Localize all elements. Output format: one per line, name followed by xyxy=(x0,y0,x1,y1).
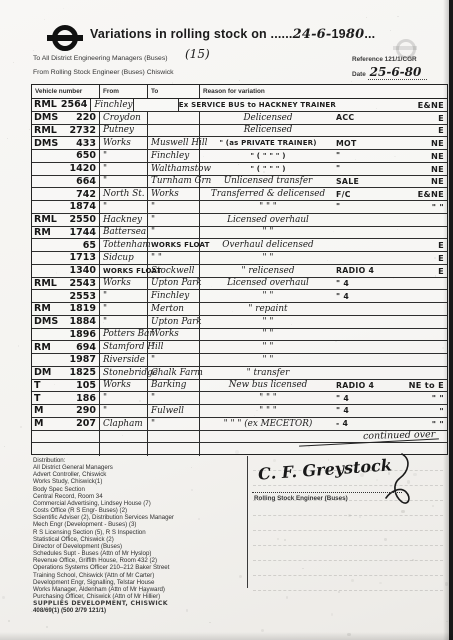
noise-speck xyxy=(284,539,287,542)
reason-text: " " " xyxy=(200,202,336,212)
page-number-annotation: (15) xyxy=(185,47,210,61)
vehicle-class-prefix: M xyxy=(34,405,43,416)
reason-annotation: " xyxy=(336,151,402,160)
reason-cell: " repaint xyxy=(200,303,447,315)
addressee-line: To All District Engineering Managers (Bu… xyxy=(33,55,167,62)
to-cell: " xyxy=(148,418,200,430)
reason-text: " transfer xyxy=(200,368,336,378)
table-header-row: Vehicle number From To Reason for variat… xyxy=(32,85,447,99)
ruling-line xyxy=(253,560,443,561)
date-value-handwritten: 25-6-80 xyxy=(368,65,428,80)
vehicle-number: 1987 xyxy=(70,354,96,365)
vehicle-number: 742 xyxy=(76,189,96,200)
table-row: 1987Riverside"" " xyxy=(32,354,447,367)
vehicle-number: 1874 xyxy=(70,201,96,212)
to-cell: WORKS FLOAT xyxy=(148,239,200,251)
vehicle-number: 1420 xyxy=(70,163,96,174)
noise-speck xyxy=(18,345,19,346)
table-row: T186""" " "" 4" " xyxy=(32,392,447,405)
vehicle-number-cell: 1874 xyxy=(32,201,100,213)
from-cell: " xyxy=(100,290,148,302)
noise-speck xyxy=(351,579,354,582)
table-row: RM694Stamford Hill"" " xyxy=(32,341,447,354)
reason-text: " " xyxy=(200,355,336,365)
reason-annotation: RADIO 4 xyxy=(336,381,402,390)
distribution-item: Revenue Office, Griffith House, Room 432… xyxy=(33,557,247,564)
vehicle-number: 1896 xyxy=(70,329,96,340)
date-line: Date 25-6-80 xyxy=(352,65,427,79)
column-header-from: From xyxy=(100,85,148,98)
signature-block: C. F. Greystock Rolling Stock Engineer (… xyxy=(250,456,450,516)
distribution-item: Schedules Supt - Buses (Attn of Mr Hyslo… xyxy=(33,550,247,557)
reason-text: " ( " " " ) xyxy=(200,165,336,173)
vehicle-number: 2550 xyxy=(70,214,96,225)
to-cell: " xyxy=(148,214,200,226)
vehicle-class-prefix: RM xyxy=(34,342,51,353)
title-year-handwritten: 80 xyxy=(346,27,365,42)
ruling-line xyxy=(253,575,443,576)
reason-cell: " " xyxy=(200,354,447,366)
noise-speck xyxy=(209,622,211,624)
from-cell: Sidcup xyxy=(100,252,148,264)
signature-handwritten: C. F. Greystock xyxy=(258,455,393,483)
vehicle-number-cell: T186 xyxy=(32,392,100,404)
from-cell: " xyxy=(100,150,148,162)
reason-annotation: " xyxy=(336,202,402,211)
to-cell xyxy=(148,443,200,456)
london-transport-roundel-icon xyxy=(47,25,83,49)
table-row: M207Clapham"" " " (ex MECETOR)- 4" " xyxy=(32,418,447,431)
vehicle-class-prefix: DMS xyxy=(34,112,58,123)
vehicle-number-cell: 1340 xyxy=(32,265,100,277)
noise-speck xyxy=(277,538,278,539)
reason-text: New bus licensed xyxy=(200,380,336,390)
table-row: DM1825StonebridgeChalk Farm" transfer xyxy=(32,367,447,380)
table-row: RM1819"Merton" repaint xyxy=(32,303,447,316)
vehicle-number-cell: 664 xyxy=(32,176,100,188)
vehicle-number: 220 xyxy=(76,112,96,123)
from-cell: Croydon xyxy=(100,112,148,124)
noise-speck xyxy=(4,446,5,447)
reason-cell: " " " (ex MECETOR)- 4" " xyxy=(200,418,447,430)
from-cell: Tottenham xyxy=(100,239,148,251)
reason-cell: " transfer xyxy=(200,367,447,379)
to-cell: " xyxy=(148,227,200,239)
reason-annotation: " 4 xyxy=(336,279,402,288)
vehicle-class-prefix: RM xyxy=(34,303,51,314)
status-code: NE xyxy=(402,164,447,174)
reason-cell: Licensed overhaul xyxy=(200,214,447,226)
vehicle-class-prefix: DMS xyxy=(34,316,58,327)
to-cell: " xyxy=(148,201,200,213)
to-cell: Turnham Grn xyxy=(148,176,200,188)
reason-cell: Licensed overhaul" 4 xyxy=(200,278,447,290)
distribution-item: Costs Office (R S Engr- Buses) (2) xyxy=(33,507,247,514)
distribution-item: Mech Engr (Development - Buses) (3) xyxy=(33,521,247,528)
from-cell: Hackney xyxy=(100,214,148,226)
faint-roundel-stamp-icon xyxy=(393,37,417,61)
to-cell: " " xyxy=(148,252,200,264)
reason-text: " (as PRIVATE TRAINER) xyxy=(200,139,336,147)
scan-bottom-shadow xyxy=(0,632,453,640)
vehicle-number: 1819 xyxy=(70,303,96,314)
distribution-item: Purchasing Officer, Chiswick (Attn of Mr… xyxy=(33,593,247,600)
reason-text: " ( " " " ) xyxy=(200,152,336,160)
from-cell: Riverside xyxy=(100,354,148,366)
to-cell xyxy=(134,99,179,111)
to-cell: Works xyxy=(148,188,200,200)
reason-cell: New bus licensedRADIO 4NE to E xyxy=(200,380,447,392)
reason-annotation: " xyxy=(336,164,402,173)
reason-cell: " " "" 4" xyxy=(200,405,447,417)
vehicle-number-cell: 650 xyxy=(32,150,100,162)
table-row: DMS1884"Upton Park" " xyxy=(32,316,447,329)
distribution-list: Distribution:All District General Manage… xyxy=(33,457,247,614)
noise-speck xyxy=(44,19,45,20)
from-cell: " xyxy=(100,303,148,315)
status-code: E xyxy=(402,113,447,123)
table-body: RML2564FinchleyEx SERVICE BUS to HACKNEY… xyxy=(32,99,447,456)
from-cell: Clapham xyxy=(100,418,148,430)
from-cell: Potters Bar xyxy=(100,329,148,341)
table-row: RML2564FinchleyEx SERVICE BUS to HACKNEY… xyxy=(32,99,447,112)
noise-speck xyxy=(63,8,65,10)
to-cell: Upton Park xyxy=(148,316,200,328)
column-header-to: To xyxy=(148,85,200,98)
status-code: " " xyxy=(402,393,447,403)
distribution-item: Statistical Office, Chiswick (2) xyxy=(33,536,247,543)
vehicle-number-cell: DM1825 xyxy=(32,367,100,379)
table-row: 742North St.WorksTransferred & delicense… xyxy=(32,188,447,201)
table-row: 65TottenhamWORKS FLOATOverhaul delicense… xyxy=(32,239,447,252)
distribution-item: Works Manager, Aldenham (Attn of Mr Hayw… xyxy=(33,586,247,593)
table-row: T105WorksBarkingNew bus licensedRADIO 4N… xyxy=(32,380,447,393)
form-code: 408/69(1) (500 2/79 121/1) xyxy=(33,607,247,614)
status-code: E xyxy=(402,253,447,263)
from-cell: Works xyxy=(100,380,148,392)
noise-speck xyxy=(366,17,367,18)
noise-speck xyxy=(384,538,386,540)
vehicle-number: 2564 xyxy=(61,99,87,110)
distribution-item: Body Spec Section xyxy=(33,486,247,493)
vehicle-number: 2553 xyxy=(70,291,96,302)
reason-annotation: " 4 xyxy=(336,406,402,415)
status-code: NE xyxy=(402,151,447,161)
roundel-bar xyxy=(47,35,83,41)
ruling-line xyxy=(253,530,443,531)
vehicle-class-prefix: DM xyxy=(34,367,51,378)
reason-text: " " " (ex MECETOR) xyxy=(200,419,336,429)
table-row: 1713Sidcup" "" "E xyxy=(32,252,447,265)
status-code: E xyxy=(402,266,447,276)
from-cell: Stamford Hill xyxy=(100,341,148,353)
reason-text: " " " xyxy=(200,393,336,403)
vehicle-number: 186 xyxy=(76,393,96,404)
from-cell: " xyxy=(100,316,148,328)
vehicle-number: 433 xyxy=(76,138,96,149)
status-code: NE xyxy=(402,176,447,186)
distribution-item: Central Record, Room 34 xyxy=(33,493,247,500)
noise-speck xyxy=(8,620,10,622)
vehicle-number: 1340 xyxy=(70,265,96,276)
distribution-item: R S Licensing Section (5), R S Inspectio… xyxy=(33,529,247,536)
table-row: 650"Finchley" ( " " " )"NE xyxy=(32,150,447,163)
vehicle-class-prefix: RML xyxy=(34,214,57,225)
vehicle-number: 1825 xyxy=(70,367,96,378)
reason-text: " " xyxy=(200,342,336,352)
reason-cell: " relicensedRADIO 4E xyxy=(200,265,447,277)
vehicle-class-prefix: DMS xyxy=(34,138,58,149)
table-row: 1340WORKS FLOATStockwell" relicensedRADI… xyxy=(32,265,447,278)
reason-cell: " " "" 4" " xyxy=(200,392,447,404)
to-cell: Walthamstow xyxy=(148,163,200,175)
from-cell: WORKS FLOAT xyxy=(100,265,148,277)
status-code: NE xyxy=(402,138,447,148)
table-row: RML2732PutneyRelicensedE xyxy=(32,125,447,138)
vehicle-number: 290 xyxy=(76,405,96,416)
vehicle-number-cell: 742 xyxy=(32,188,100,200)
from-cell: Works xyxy=(100,137,148,149)
table-row: 2553"Finchley" "" 4 xyxy=(32,290,447,303)
noise-speck xyxy=(338,591,340,593)
noise-speck xyxy=(351,81,352,82)
to-cell: " xyxy=(148,341,200,353)
vehicle-number-cell: 1987 xyxy=(32,354,100,366)
vehicle-class-prefix: RML xyxy=(34,99,57,110)
status-code: NE to E xyxy=(402,380,447,390)
noise-speck xyxy=(20,426,22,428)
reason-cell: Ex SERVICE BUS to HACKNEY TRAINERE&NE xyxy=(179,99,447,111)
distribution-item: All District General Managers xyxy=(33,464,247,471)
distribution-item: Director of Development (Buses) xyxy=(33,543,247,550)
vehicle-number-cell: RM1819 xyxy=(32,303,100,315)
ruling-line xyxy=(253,590,443,591)
from-cell xyxy=(100,443,148,456)
from-cell: Battersea xyxy=(100,227,148,239)
reason-cell: " " xyxy=(200,227,447,239)
vehicle-class-prefix: T xyxy=(34,380,40,391)
from-cell: " xyxy=(100,392,148,404)
noise-speck xyxy=(397,16,398,17)
status-code: E&NE xyxy=(402,189,447,199)
vehicle-number-cell: RML2543 xyxy=(32,278,100,290)
to-cell: Fulwell xyxy=(148,405,200,417)
ruling-line xyxy=(253,545,443,546)
from-cell: " xyxy=(100,163,148,175)
title-year-printed: 19 xyxy=(332,27,346,41)
distribution-item: Commercial Advertising, Lindsey House (7… xyxy=(33,500,247,507)
from-cell: Putney xyxy=(100,125,148,137)
vehicle-number-cell xyxy=(32,443,100,456)
noise-speck xyxy=(359,516,361,518)
table-row: M290"Fulwell" " "" 4" xyxy=(32,405,447,418)
status-code: E&NE xyxy=(402,100,447,110)
reason-cell: Overhaul delicensedE xyxy=(200,239,447,251)
reason-annotation: " 4 xyxy=(336,394,402,403)
reason-annotation: MOT xyxy=(336,139,402,148)
to-cell xyxy=(148,112,200,124)
reason-text: " " xyxy=(200,291,336,301)
reason-cell: Transferred & delicensedF/CE&NE xyxy=(200,188,447,200)
from-cell: Stonebridge xyxy=(100,367,148,379)
vehicle-number: 2732 xyxy=(70,125,96,136)
status-code: " xyxy=(402,406,447,416)
reason-cell: " ( " " " )"NE xyxy=(200,163,447,175)
noise-speck xyxy=(7,138,8,139)
vehicle-number-cell: DMS433 xyxy=(32,137,100,149)
from-cell: " xyxy=(100,176,148,188)
reason-text: " " xyxy=(200,329,336,339)
vehicle-number-cell: M290 xyxy=(32,405,100,417)
from-cell xyxy=(100,431,148,443)
vehicle-number-cell: 1896 xyxy=(32,329,100,341)
from-cell: Works xyxy=(100,278,148,290)
reason-cell: " " xyxy=(200,329,447,341)
distribution-item: Development Engr, Signalling, Telstar Ho… xyxy=(33,579,247,586)
vehicle-number-cell: RM694 xyxy=(32,341,100,353)
reason-cell: Unlicensed transferSALENE xyxy=(200,176,447,188)
to-cell: Finchley xyxy=(148,290,200,302)
vehicle-number: 664 xyxy=(76,176,96,187)
to-cell: Chalk Farm xyxy=(148,367,200,379)
supplies-development-note: SUPPLIES DEVELOPMENT, CHISWICK xyxy=(33,600,247,607)
vehicle-number-cell: DMS1884 xyxy=(32,316,100,328)
from-cell: " xyxy=(100,201,148,213)
vehicle-number-cell: DMS220 xyxy=(32,112,100,124)
signature-flourish-icon xyxy=(382,452,426,510)
table-row: DMS433WorksMuswell Hill" (as PRIVATE TRA… xyxy=(32,137,447,150)
reason-text: Licensed overhaul xyxy=(200,215,336,225)
vehicle-class-prefix: RML xyxy=(34,125,57,136)
from-cell: Finchley xyxy=(91,99,133,111)
scan-edge-strip xyxy=(449,0,453,640)
vehicle-number: 694 xyxy=(76,342,96,353)
reason-text: Unlicensed transfer xyxy=(200,176,336,186)
table-row: 1896Potters BarWorks" " xyxy=(32,329,447,342)
status-code: E xyxy=(402,240,447,250)
reason-text: Delicensed xyxy=(200,113,336,123)
date-label: Date xyxy=(352,71,366,78)
to-cell: Barking xyxy=(148,380,200,392)
table-row: RM1744Battersea"" " xyxy=(32,227,447,240)
reason-cell: " ( " " " )"NE xyxy=(200,150,447,162)
table-row: DMS220CroydonDelicensedACCE xyxy=(32,112,447,125)
column-header-reason: Reason for variation xyxy=(200,85,447,98)
reason-text: " " xyxy=(200,227,336,237)
reason-cell: " " xyxy=(200,316,447,328)
to-cell: Finchley xyxy=(148,150,200,162)
vehicle-number-cell: RML2564 xyxy=(32,99,91,111)
table-row: 1420"Walthamstow" ( " " " )"NE xyxy=(32,163,447,176)
reason-cell: " "E xyxy=(200,252,447,264)
vehicle-number: 650 xyxy=(76,150,96,161)
scanned-document-page: Variations in rolling stock on ......24-… xyxy=(0,0,453,640)
vehicle-class-prefix: T xyxy=(34,393,40,404)
to-cell: Merton xyxy=(148,303,200,315)
title-date-handwritten: 24-6- xyxy=(293,27,332,42)
from-cell: North St. xyxy=(100,188,148,200)
reason-cell: RelicensedE xyxy=(200,125,447,137)
noise-speck xyxy=(302,568,303,569)
column-header-vehicle-number: Vehicle number xyxy=(32,85,100,98)
vehicle-number-cell: RML2732 xyxy=(32,125,100,137)
distribution-item: Advert Controller, Chiswick xyxy=(33,471,247,478)
reason-text: Relicensed xyxy=(200,125,336,135)
to-cell: " xyxy=(148,392,200,404)
reason-annotation: - 4 xyxy=(336,419,402,428)
distribution-item: Operations Systems Officer 210–212 Baker… xyxy=(33,564,247,571)
to-cell xyxy=(148,125,200,137)
noise-speck xyxy=(331,613,334,616)
form-title: Variations in rolling stock on ......24-… xyxy=(90,27,375,42)
noise-speck xyxy=(379,582,382,585)
status-code: " " xyxy=(402,419,447,429)
reason-text: Overhaul delicensed xyxy=(200,240,336,250)
reason-cell: " "" 4 xyxy=(200,290,447,302)
vehicle-number-cell: T105 xyxy=(32,380,100,392)
to-cell: Works xyxy=(148,329,200,341)
vehicle-class-prefix: M xyxy=(34,418,43,429)
title-printed: Variations in rolling stock on ...... xyxy=(90,27,293,41)
reason-text: Licensed overhaul xyxy=(200,278,336,288)
table-row: 664"Turnham GrnUnlicensed transferSALENE xyxy=(32,176,447,189)
reason-annotation: " 4 xyxy=(336,292,402,301)
status-code: E xyxy=(402,125,447,135)
to-cell: Stockwell xyxy=(148,265,200,277)
reason-text: Transferred & delicensed xyxy=(200,189,336,199)
vehicle-class-prefix: RM xyxy=(34,227,51,238)
vehicle-number-cell: 1420 xyxy=(32,163,100,175)
reason-annotation: RADIO 4 xyxy=(336,266,402,275)
to-cell: Muswell Hill xyxy=(148,137,200,149)
title-dots: ... xyxy=(364,27,375,41)
from-cell: " xyxy=(100,405,148,417)
reason-cell: " " """ " xyxy=(200,201,447,213)
vehicle-number-cell: M207 xyxy=(32,418,100,430)
status-code: " " xyxy=(402,202,447,212)
vehicle-number: 65 xyxy=(83,240,96,251)
vehicle-number-cell: 1713 xyxy=(32,252,100,264)
table-row: RML2543WorksUpton ParkLicensed overhaul"… xyxy=(32,278,447,291)
noise-speck xyxy=(286,596,288,598)
reason-text: " " xyxy=(200,317,336,327)
table-row: 1874""" " """ " xyxy=(32,201,447,214)
reason-cell: DelicensedACCE xyxy=(200,112,447,124)
reason-annotation: F/C xyxy=(336,190,402,199)
signature-dotted-line xyxy=(252,492,402,493)
reason-text: " relicensed xyxy=(200,266,336,276)
sender-line: From Rolling Stock Engineer (Buses) Chis… xyxy=(33,69,174,76)
vehicle-number: 207 xyxy=(76,418,96,429)
noise-speck xyxy=(13,62,15,64)
distribution-item: Training School, Chiswick (Attn of Mr Ca… xyxy=(33,572,247,579)
vehicle-number: 105 xyxy=(76,380,96,391)
reason-text: " repaint xyxy=(200,304,336,314)
vehicle-number: 1713 xyxy=(70,252,96,263)
noise-speck xyxy=(390,30,391,31)
vehicle-number: 2543 xyxy=(70,278,96,289)
variations-table: Vehicle number From To Reason for variat… xyxy=(31,84,448,455)
reason-text: " " " xyxy=(200,406,336,416)
to-cell: Upton Park xyxy=(148,278,200,290)
table-row: RML2550Hackney"Licensed overhaul xyxy=(32,214,447,227)
vehicle-number-cell: RML2550 xyxy=(32,214,100,226)
signature-printed-title: Rolling Stock Engineer (Buses) xyxy=(254,495,348,502)
vehicle-number: 1884 xyxy=(70,316,96,327)
vehicle-number-cell: 65 xyxy=(32,239,100,251)
to-cell: " xyxy=(148,354,200,366)
reason-cell: " (as PRIVATE TRAINER)MOTNE xyxy=(200,137,447,149)
